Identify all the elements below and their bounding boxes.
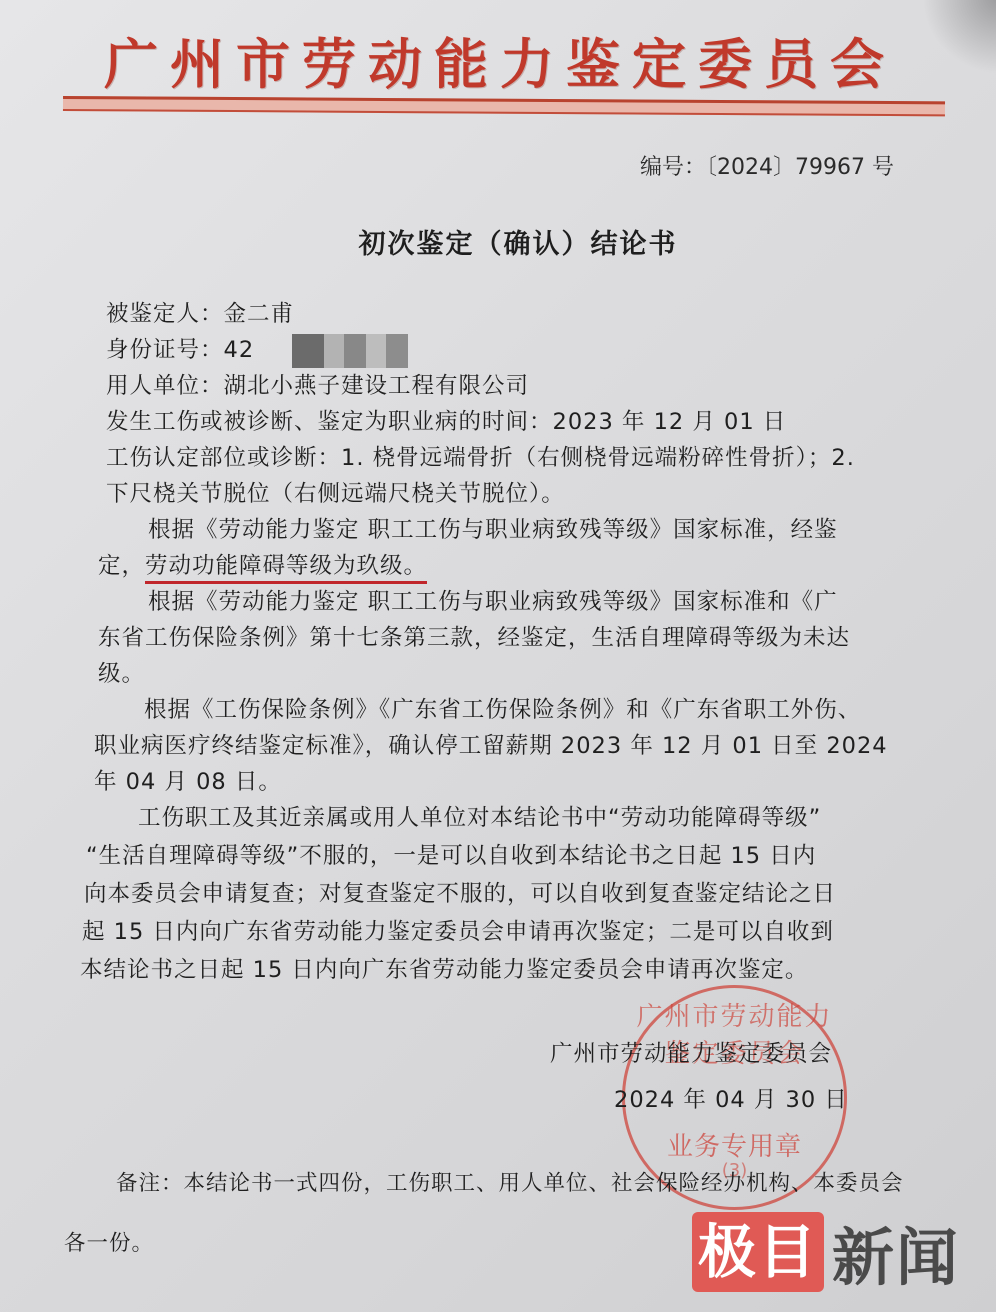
- highlighted-conclusion: 劳动功能障碍等级为玖级。: [145, 553, 427, 584]
- field-value: 金二甫: [224, 301, 295, 327]
- paragraph-line: 职业病医疗终结鉴定标准》，确认停工留薪期 2023 年 12 月 01 日至 2…: [94, 728, 888, 764]
- document-number-label: 编号：: [640, 155, 706, 180]
- field-value: 1. 桡骨远端骨折（右侧桡骨远端粉碎性骨折）；2.: [341, 445, 855, 471]
- watermark-gray-part: 新闻: [832, 1208, 960, 1297]
- redaction-block: [344, 334, 366, 368]
- field-value: 湖北小燕子建设工程有限公司: [224, 373, 530, 399]
- paragraph-line: 根据《劳动能力鉴定 职工工伤与职业病致残等级》国家标准，经鉴: [148, 512, 838, 548]
- redaction-block: [292, 334, 324, 368]
- document-number: 编号：〔2024〕79967 号: [640, 150, 894, 181]
- redaction-block: [324, 334, 344, 368]
- paragraph-line: 本结论书之日起 15 日内向广东省劳动能力鉴定委员会申请再次鉴定。: [80, 952, 808, 988]
- field-label: 工伤认定部位或诊断：: [106, 445, 341, 471]
- field-label: 用人单位：: [106, 373, 224, 399]
- paragraph-line: 年 04 月 08 日。: [94, 764, 282, 800]
- paragraph-line: 根据《工伤保险条例》《广东省工伤保险条例》和《广东省职工外伤、: [144, 692, 861, 728]
- redaction-block: [366, 334, 386, 368]
- field-label: 被鉴定人：: [106, 301, 224, 327]
- paragraph-line: 向本委员会申请复查；对复查鉴定不服的，可以自收到复查鉴定结论之日: [84, 876, 836, 912]
- field-value: 42: [224, 337, 255, 363]
- paragraph-line: 工伤职工及其近亲属或用人单位对本结论书中“劳动功能障碍等级”: [138, 800, 821, 836]
- paragraph-line: “生活自理障碍等级”不服的，一是可以自收到本结论书之日起 15 日内: [86, 838, 816, 874]
- letterhead-red-rule: [63, 96, 945, 116]
- letterhead-title: 广州市劳动能力鉴定委员会: [70, 22, 930, 99]
- paragraph-line: 级。: [98, 656, 145, 692]
- field-value: 2023 年 12 月 01 日: [553, 409, 787, 435]
- paragraph-line: 东省工伤保险条例》第十七条第三款，经鉴定，生活自理障碍等级为未达: [98, 620, 850, 656]
- field-diagnosis: 工伤认定部位或诊断：1. 桡骨远端骨折（右侧桡骨远端粉碎性骨折）；2.: [106, 440, 855, 476]
- text-span: 定，: [98, 553, 145, 579]
- field-appraised-person: 被鉴定人：金二甫: [106, 296, 294, 332]
- diagnosis-continued: 下尺桡关节脱位（右侧远端尺桡关节脱位）。: [106, 476, 565, 512]
- seal-bottom-text: 业务专用章: [625, 1126, 844, 1163]
- note-line: 备注：本结论书一式四份，工伤职工、用人单位、社会保险经办机构、本委员会: [116, 1166, 904, 1202]
- signature-org: 广州市劳动能力鉴定委员会: [550, 1036, 832, 1068]
- redaction-block: [386, 334, 408, 368]
- document-title: 初次鉴定（确认）结论书: [0, 222, 996, 261]
- field-id-number: 身份证号：42: [106, 332, 408, 368]
- watermark-red-part: 极目: [692, 1212, 824, 1292]
- field-employer: 用人单位：湖北小燕子建设工程有限公司: [106, 368, 529, 404]
- news-watermark: 极目 新闻: [692, 1212, 960, 1292]
- signature-date: 2024 年 04 月 30 日: [614, 1082, 848, 1114]
- document-number-value: 〔2024〕79967 号: [706, 155, 894, 180]
- paragraph-line: 起 15 日内向广东省劳动能力鉴定委员会申请再次鉴定；二是可以自收到: [82, 914, 834, 950]
- field-injury-time: 发生工伤或被诊断、鉴定为职业病的时间：2023 年 12 月 01 日: [106, 404, 786, 440]
- field-label: 身份证号：: [106, 337, 224, 363]
- paragraph-line: 根据《劳动能力鉴定 职工工伤与职业病致残等级》国家标准和《广: [148, 584, 838, 620]
- field-label: 发生工伤或被诊断、鉴定为职业病的时间：: [106, 409, 553, 435]
- note-line: 各一份。: [64, 1226, 154, 1262]
- paragraph-line: 定，劳动功能障碍等级为玖级。: [98, 548, 427, 584]
